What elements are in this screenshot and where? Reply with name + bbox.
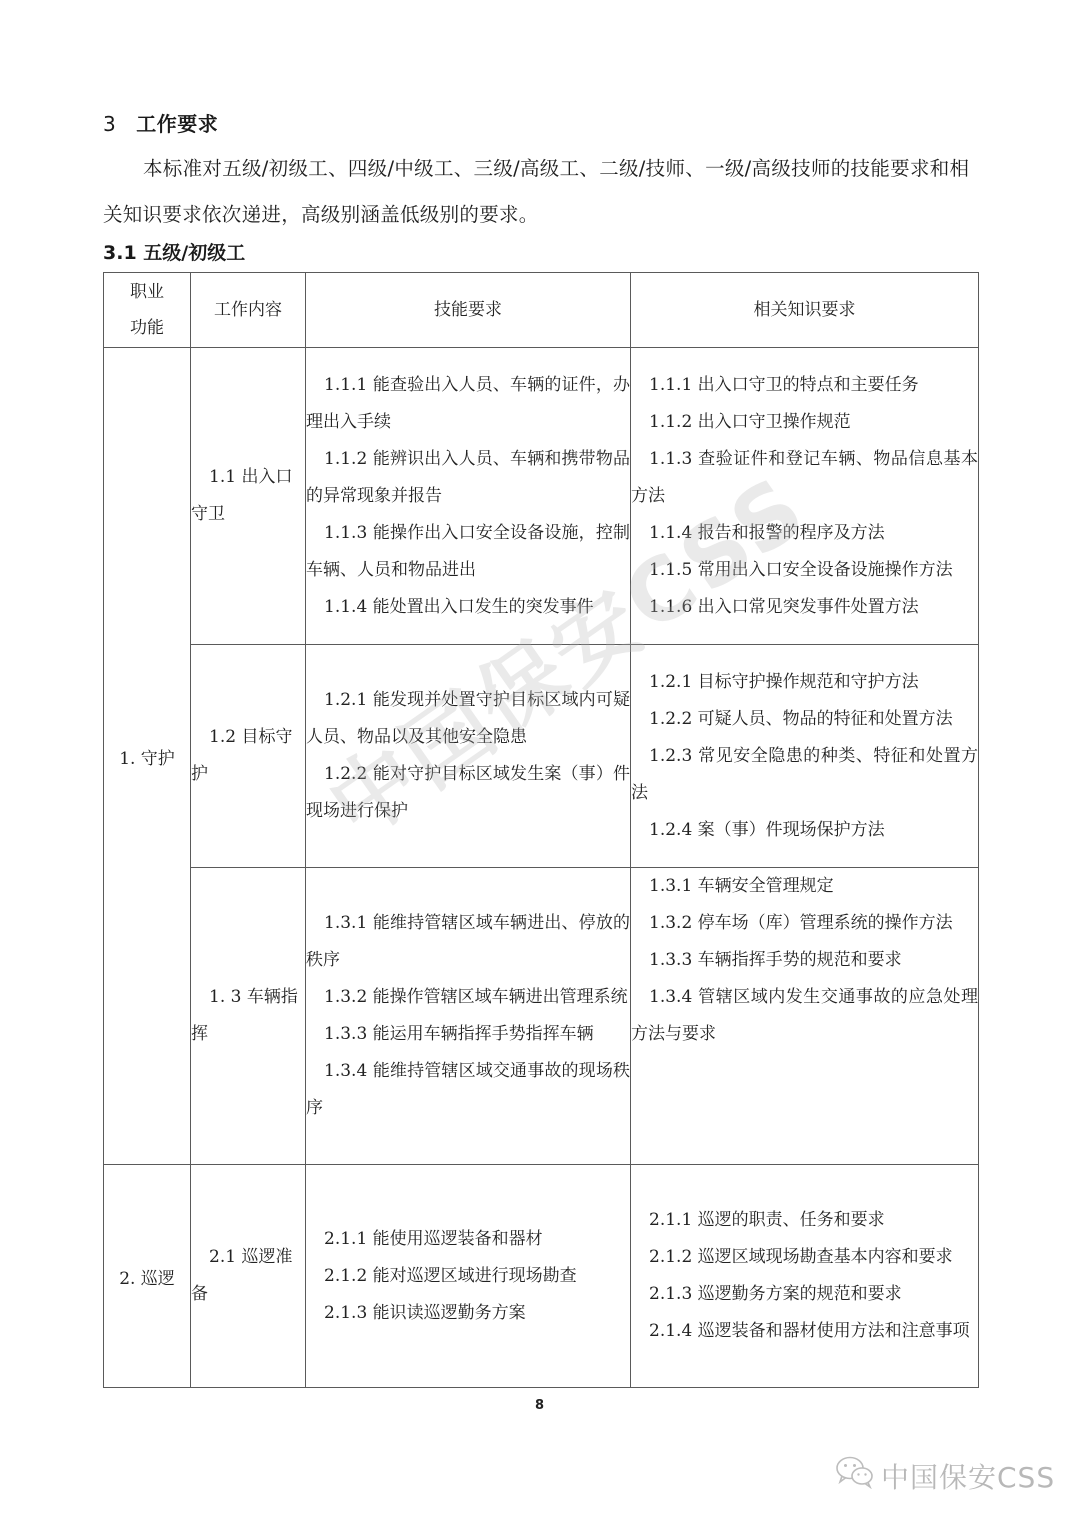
skill-item: 2.1.3 能识读巡逻勤务方案	[306, 1295, 630, 1332]
knowledge-item: 1.3.3 车辆指挥手势的规范和要求	[631, 942, 978, 979]
knowledge-item: 1.2.4 案（事）件现场保护方法	[631, 812, 978, 849]
skill-item: 2.1.2 能对巡逻区域进行现场勘查	[306, 1258, 630, 1295]
skill-item: 1.1.2 能辨识出入人员、车辆和携带物品的异常现象并报告	[306, 441, 630, 515]
page-number: 8	[535, 1398, 544, 1413]
knowledge-item: 1.2.2 可疑人员、物品的特征和处置方法	[631, 701, 978, 738]
skill-item: 1.1.1 能查验出入人员、车辆的证件，办理出入手续	[306, 367, 630, 441]
knowledge-item: 1.2.1 目标守护操作规范和守护方法	[631, 664, 978, 701]
header-function: 职业功能	[104, 273, 191, 348]
work-content-cell: 1.2 目标守护	[191, 645, 306, 868]
section-number: 3	[103, 112, 116, 136]
function-cell: 1. 守护	[104, 348, 191, 1165]
function-cell: 2. 巡逻	[104, 1165, 191, 1388]
skill-item: 1.1.3 能操作出入口安全设备设施，控制车辆、人员和物品进出	[306, 515, 630, 589]
knowledge-cell: 1.3.1 车辆安全管理规定 1.3.2 停车场（库）管理系统的操作方法 1.3…	[631, 868, 979, 1165]
table-row: 1. 守护 1.1 出入口守卫 1.1.1 能查验出入人员、车辆的证件，办理出入…	[104, 348, 979, 645]
knowledge-item: 1.1.3 查验证件和登记车辆、物品信息基本方法	[631, 441, 978, 515]
work-content-cell: 1.1 出入口守卫	[191, 348, 306, 645]
wechat-icon	[835, 1455, 875, 1496]
skills-cell: 1.2.1 能发现并处置守护目标区域内可疑人员、物品以及其他安全隐患 1.2.2…	[306, 645, 631, 868]
header-knowledge: 相关知识要求	[631, 273, 979, 348]
intro-paragraph: 本标准对五级/初级工、四级/中级工、三级/高级工、二级/技师、一级/高级技师的技…	[103, 146, 983, 238]
skill-item: 1.1.4 能处置出入口发生的突发事件	[306, 589, 630, 626]
skill-item: 1.3.4 能维持管辖区域交通事故的现场秩序	[306, 1053, 630, 1127]
skill-item: 1.2.1 能发现并处置守护目标区域内可疑人员、物品以及其他安全隐患	[306, 682, 630, 756]
knowledge-item: 1.1.5 常用出入口安全设备设施操作方法	[631, 552, 978, 589]
skill-item: 1.2.2 能对守护目标区域发生案（事）件现场进行保护	[306, 756, 630, 830]
knowledge-item: 1.3.1 车辆安全管理规定	[631, 868, 978, 905]
skill-item: 1.3.3 能运用车辆指挥手势指挥车辆	[306, 1016, 630, 1053]
source-tag: 中国保安CSS	[835, 1455, 1055, 1496]
knowledge-item: 1.3.4 管辖区域内发生交通事故的应急处理方法与要求	[631, 979, 978, 1053]
knowledge-item: 1.1.4 报告和报警的程序及方法	[631, 515, 978, 552]
table-row: 2. 巡逻 2.1 巡逻准备 2.1.1 能使用巡逻装备和器材 2.1.2 能对…	[104, 1165, 979, 1388]
knowledge-cell: 2.1.1 巡逻的职责、任务和要求 2.1.2 巡逻区域现场勘查基本内容和要求 …	[631, 1165, 979, 1388]
knowledge-item: 2.1.1 巡逻的职责、任务和要求	[631, 1202, 978, 1239]
skills-cell: 2.1.1 能使用巡逻装备和器材 2.1.2 能对巡逻区域进行现场勘查 2.1.…	[306, 1165, 631, 1388]
skill-item: 1.3.2 能操作管辖区域车辆进出管理系统	[306, 979, 630, 1016]
subsection-heading: 3.1 五级/初级工	[103, 238, 245, 265]
section-title: 工作要求	[136, 112, 218, 136]
table-row: 1.2 目标守护 1.2.1 能发现并处置守护目标区域内可疑人员、物品以及其他安…	[104, 645, 979, 868]
knowledge-item: 1.3.2 停车场（库）管理系统的操作方法	[631, 905, 978, 942]
skills-cell: 1.1.1 能查验出入人员、车辆的证件，办理出入手续 1.1.2 能辨识出入人员…	[306, 348, 631, 645]
knowledge-item: 2.1.2 巡逻区域现场勘查基本内容和要求	[631, 1239, 978, 1276]
table-header-row: 职业功能 工作内容 技能要求 相关知识要求	[104, 273, 979, 348]
skill-item: 2.1.1 能使用巡逻装备和器材	[306, 1221, 630, 1258]
header-skills: 技能要求	[306, 273, 631, 348]
knowledge-item: 1.1.6 出入口常见突发事件处置方法	[631, 589, 978, 626]
knowledge-item: 1.2.3 常见安全隐患的种类、特征和处置方法	[631, 738, 978, 812]
section-heading: 3工作要求	[103, 108, 218, 137]
skill-item: 1.3.1 能维持管辖区域车辆进出、停放的秩序	[306, 905, 630, 979]
knowledge-item: 1.1.2 出入口守卫操作规范	[631, 404, 978, 441]
requirements-table: 职业功能 工作内容 技能要求 相关知识要求 1. 守护 1.1 出入口守卫 1.…	[103, 272, 979, 1388]
knowledge-item: 2.1.4 巡逻装备和器材使用方法和注意事项	[631, 1313, 978, 1350]
knowledge-cell: 1.1.1 出入口守卫的特点和主要任务 1.1.2 出入口守卫操作规范 1.1.…	[631, 348, 979, 645]
knowledge-cell: 1.2.1 目标守护操作规范和守护方法 1.2.2 可疑人员、物品的特征和处置方…	[631, 645, 979, 868]
source-label: 中国保安CSS	[881, 1456, 1055, 1496]
knowledge-item: 2.1.3 巡逻勤务方案的规范和要求	[631, 1276, 978, 1313]
work-content-cell: 2.1 巡逻准备	[191, 1165, 306, 1388]
knowledge-item: 1.1.1 出入口守卫的特点和主要任务	[631, 367, 978, 404]
table-row: 1. 3 车辆指挥 1.3.1 能维持管辖区域车辆进出、停放的秩序 1.3.2 …	[104, 868, 979, 1165]
skills-cell: 1.3.1 能维持管辖区域车辆进出、停放的秩序 1.3.2 能操作管辖区域车辆进…	[306, 868, 631, 1165]
work-content-cell: 1. 3 车辆指挥	[191, 868, 306, 1165]
header-content: 工作内容	[191, 273, 306, 348]
